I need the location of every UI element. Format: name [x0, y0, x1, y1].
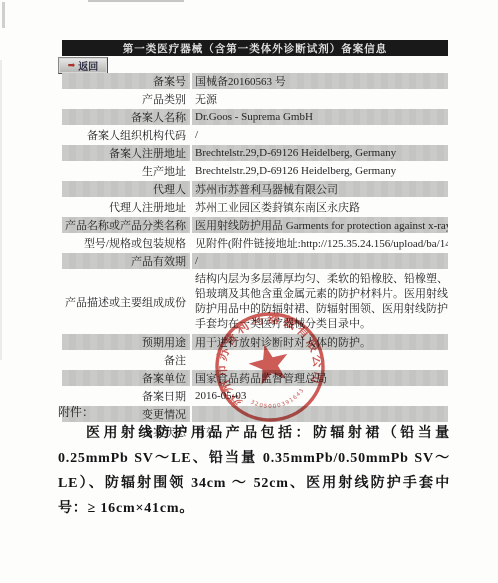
row-label: 备案人组织机构代码 — [62, 127, 190, 143]
table-row: 备案号国械备20160563 号 — [62, 73, 448, 89]
table-row: 备案人注册地址Brechtelstr.29,D-69126 Heidelberg… — [62, 145, 448, 161]
table-row: 产品类别无源 — [62, 91, 448, 107]
table-row: 产品描述或主要组成成份结构内层为多层薄厚均匀、柔软的铅橡胶、铅橡塑、铅玻璃及其他… — [62, 271, 448, 332]
row-label: 备案号 — [62, 73, 190, 89]
row-value: 国械备20160563 号 — [192, 73, 448, 89]
row-label: 代理人注册地址 — [62, 199, 190, 215]
row-label: 预期用途 — [62, 334, 190, 350]
row-value: Brechtelstr.29,D-69126 Heidelberg, Germa… — [192, 145, 448, 161]
record-table: 备案号国械备20160563 号产品类别无源备案人名称Dr.Goos - Sup… — [62, 73, 448, 440]
row-value: 苏州市苏普利马器械有限公司 — [192, 181, 448, 197]
row-label: 备案人注册地址 — [62, 145, 190, 161]
row-value: 2016-05-03 — [192, 388, 448, 404]
back-button[interactable]: ➡ 返回 — [58, 57, 108, 74]
back-arrow-icon: ➡ — [68, 61, 76, 70]
row-value: 国家食品药品监督管理总局 — [192, 370, 448, 386]
row-value: / — [192, 127, 448, 143]
table-row: 备案人名称Dr.Goos - Suprema GmbH — [62, 109, 448, 125]
page-title: 第一类医疗器械（含第一类体外诊断试剂）备案信息 — [62, 40, 448, 56]
row-value: 结构内层为多层薄厚均匀、柔软的铅橡胶、铅橡塑、铅玻璃及其他含重金属元素的防护材料… — [192, 271, 448, 332]
table-row: 备案日期2016-05-03 — [62, 388, 448, 404]
scan-artifact — [2, 2, 5, 28]
row-label: 生产地址 — [62, 163, 190, 179]
table-row: 备案单位国家食品药品监督管理总局 — [62, 370, 448, 386]
row-value: Brechtelstr.29,D-69126 Heidelberg, Germa… — [192, 163, 448, 179]
attachment-body: 医用射线防护用品产品包括：防辐射裙（铅当量 0.25mmPb SV～LE、铅当量… — [58, 421, 450, 521]
table-row: 预期用途用于进行放射诊断时对人体的防护。 — [62, 334, 448, 350]
scanned-document-page: 第一类医疗器械（含第一类体外诊断试剂）备案信息 ➡ 返回 备案号国械备20160… — [0, 0, 498, 583]
row-value: 苏州工业园区娄葑镇东南区永庆路 — [192, 199, 448, 215]
table-row: 代理人注册地址苏州工业园区娄葑镇东南区永庆路 — [62, 199, 448, 215]
table-row: 生产地址Brechtelstr.29,D-69126 Heidelberg, G… — [62, 163, 448, 179]
row-value: 见附件(附件链接地址:http://125.35.24.156/upload/b… — [192, 235, 448, 251]
row-label: 代理人 — [62, 181, 190, 197]
table-row: 产品有效期/ — [62, 253, 448, 269]
row-label: 产品类别 — [62, 91, 190, 107]
scan-artifact — [0, 60, 2, 360]
row-value: 医用射线防护用品 Garments for protection against… — [192, 217, 448, 233]
row-value: / — [192, 253, 448, 269]
row-label: 产品描述或主要组成成份 — [62, 271, 190, 332]
table-row: 代理人苏州市苏普利马器械有限公司 — [62, 181, 448, 197]
row-value: 无源 — [192, 91, 448, 107]
row-label: 备注 — [62, 352, 190, 368]
row-value: 用于进行放射诊断时对人体的防护。 — [192, 334, 448, 350]
row-label: 备案人名称 — [62, 109, 190, 125]
row-value — [192, 406, 448, 422]
row-label: 型号/规格或包装规格 — [62, 235, 190, 251]
attachment-heading: 附件： — [58, 403, 94, 420]
row-label: 备案单位 — [62, 370, 190, 386]
table-row: 变更情况 — [62, 406, 448, 422]
back-button-label: 返回 — [78, 58, 98, 73]
table-row: 产品名称或产品分类名称医用射线防护用品 Garments for protect… — [62, 217, 448, 233]
row-label: 产品名称或产品分类名称 — [62, 217, 190, 233]
table-row: 型号/规格或包装规格见附件(附件链接地址:http://125.35.24.15… — [62, 235, 448, 251]
table-row: 备案人组织机构代码/ — [62, 127, 448, 143]
row-value: Dr.Goos - Suprema GmbH — [192, 109, 448, 125]
row-value — [192, 352, 448, 368]
row-label: 产品有效期 — [62, 253, 190, 269]
scan-artifact — [88, 0, 184, 2]
row-label: 备案日期 — [62, 388, 190, 404]
table-row: 备注 — [62, 352, 448, 368]
